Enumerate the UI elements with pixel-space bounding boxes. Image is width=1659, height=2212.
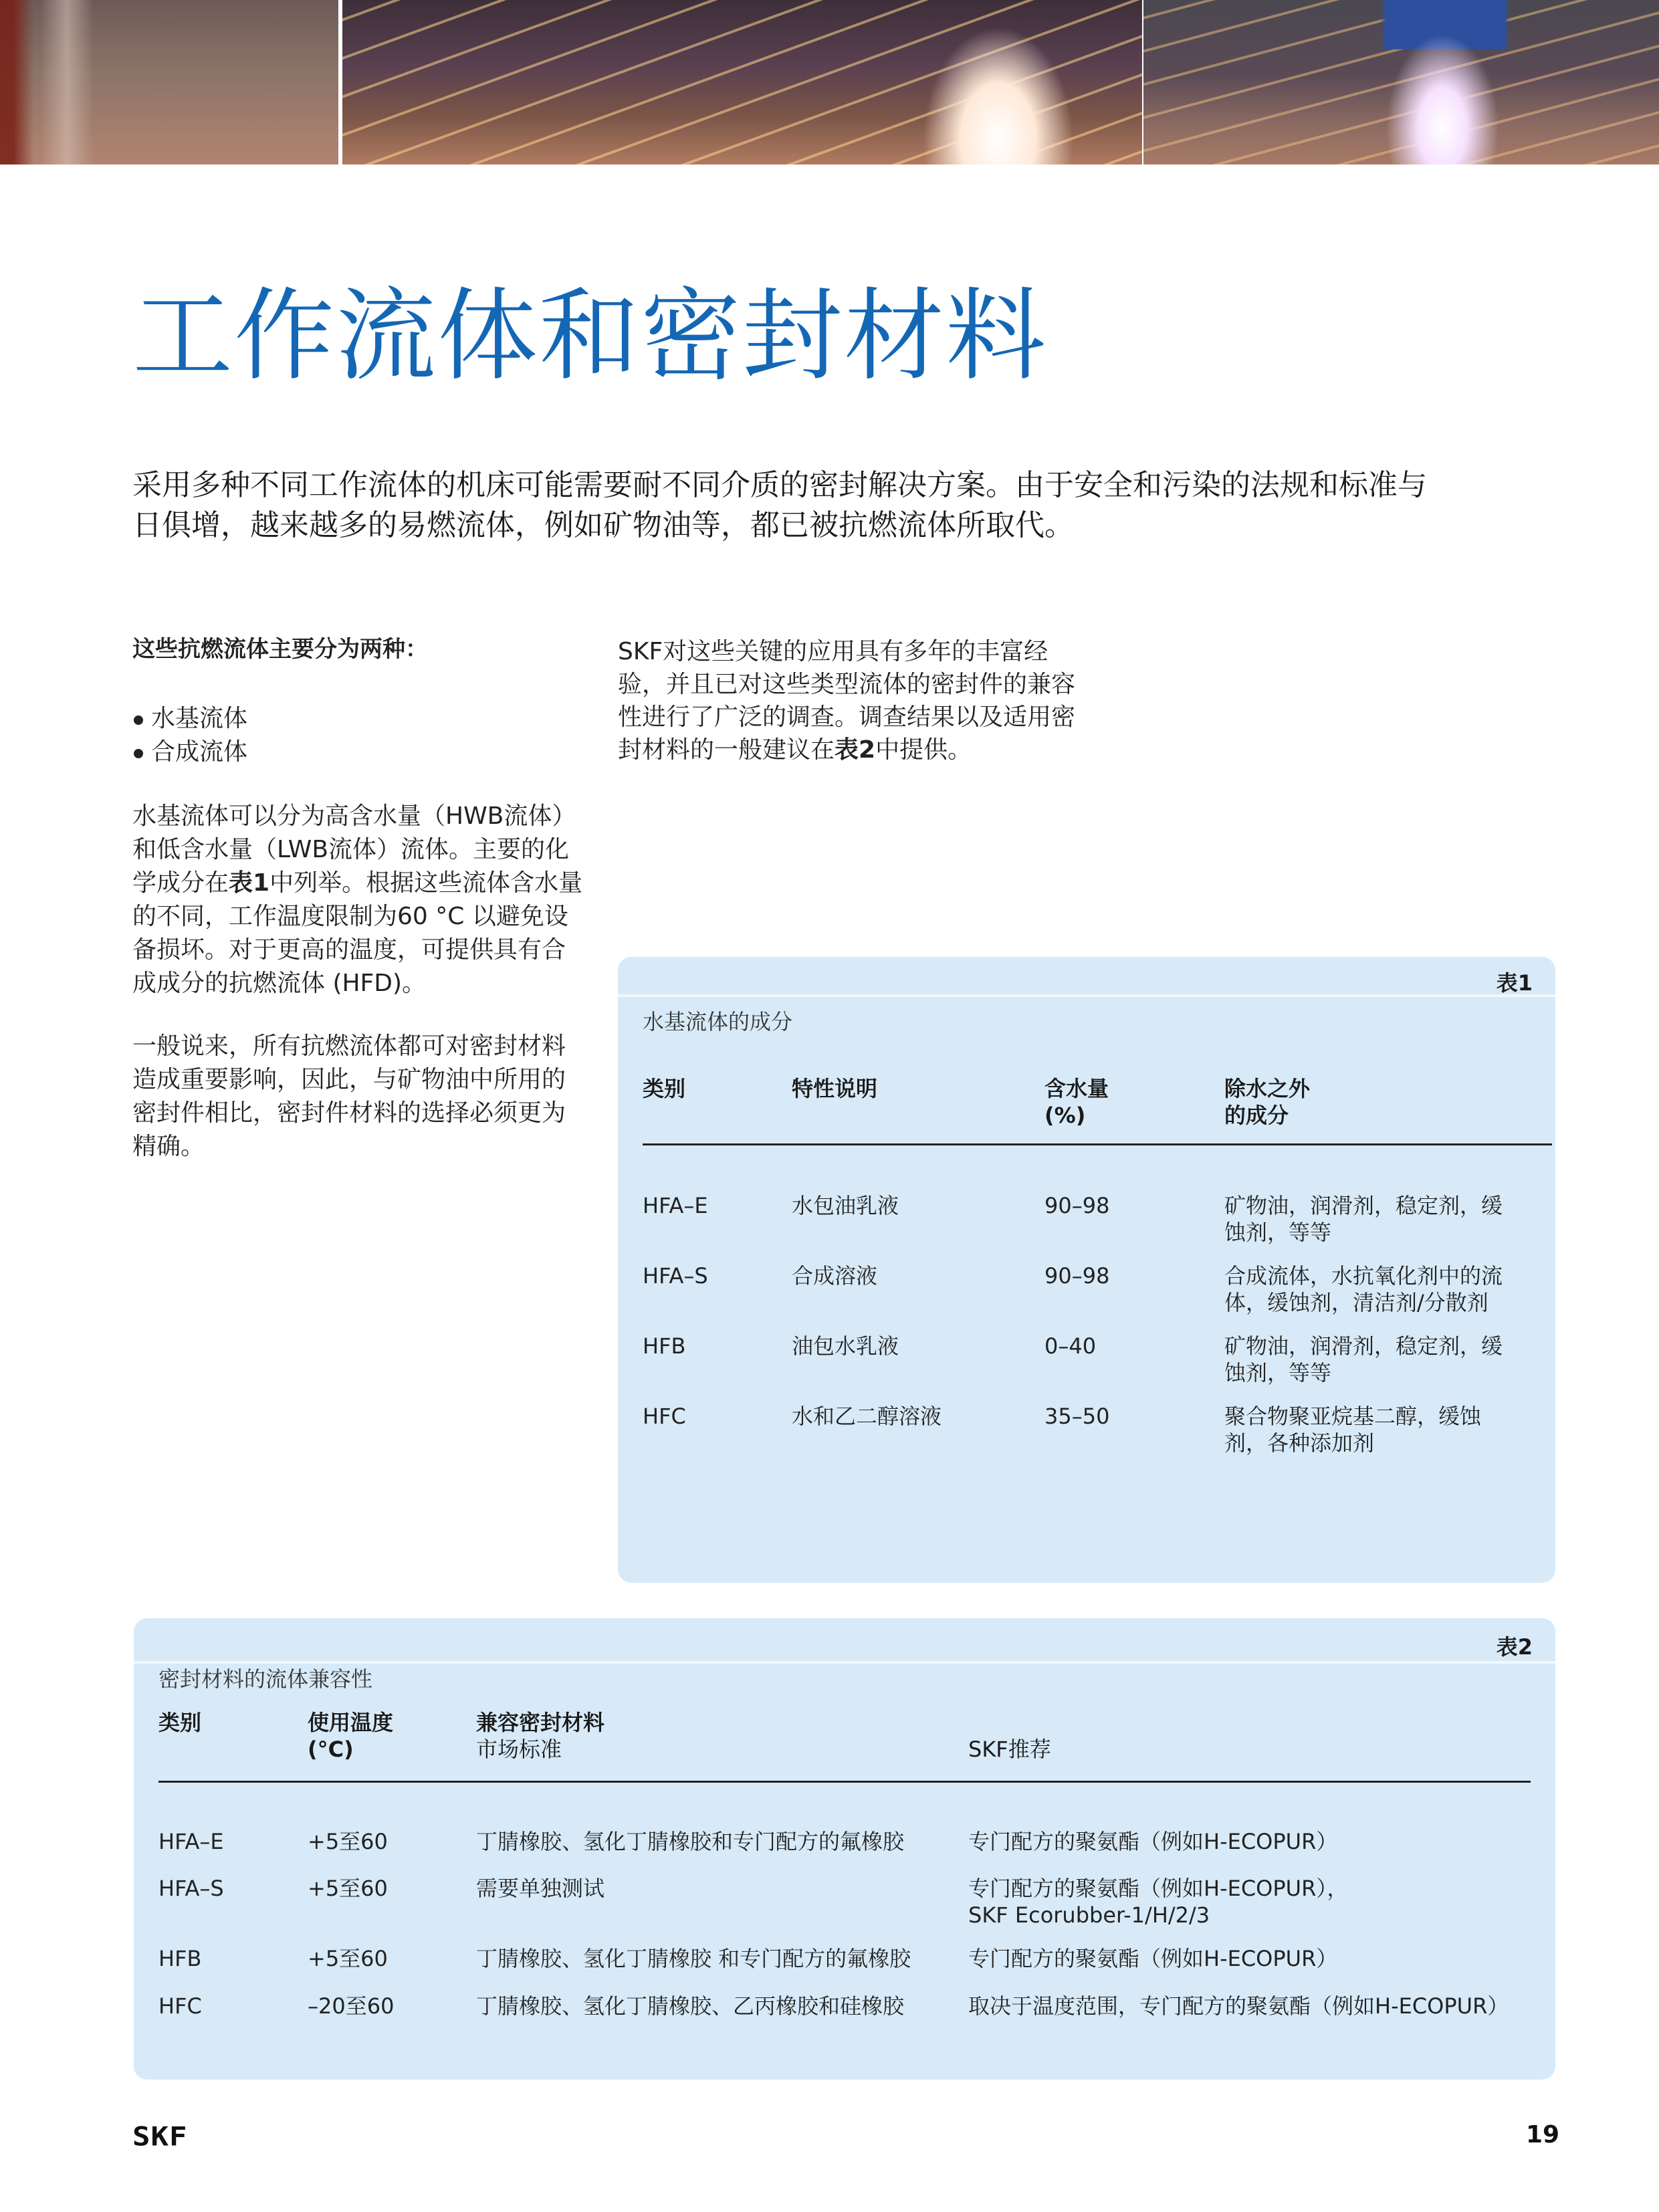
machine-detail-photo: [0, 0, 338, 164]
table2: 表2 密封材料的流体兼容性 类别 使用温度 (°C) 兼容密封材料 市场标准 S…: [134, 1618, 1555, 2080]
lead-paragraph: 采用多种不同工作流体的机床可能需要耐不同介质的密封解决方案。由于安全和污染的法规…: [132, 465, 1537, 546]
table1-col-description: 特性说明: [792, 1075, 877, 1102]
table2-number: 表2: [1497, 1630, 1533, 1661]
table2-subcol-market: 市场标准: [476, 1736, 604, 1763]
table1-header-bar: 表1: [618, 957, 1555, 997]
table1-caption: 水基流体的成分: [643, 1005, 792, 1036]
lead-line-1: 采用多种不同工作流体的机床可能需要耐不同介质的密封解决方案。由于安全和污染的法规…: [132, 465, 1537, 506]
sparks-grinding-photo: [342, 0, 1142, 164]
fluid-types-heading: 这些抗燃流体主要分为两种：: [132, 633, 594, 666]
table1-col-water: 含水量 (%): [1044, 1075, 1109, 1129]
list-item: 合成流体: [132, 736, 594, 769]
table2-header-rule: [158, 1781, 1531, 1783]
table2-col-temperature: 使用温度 (°C): [308, 1709, 393, 1763]
header-photo-band: [0, 0, 1659, 164]
page-title: 工作流体和密封材料: [132, 280, 1047, 393]
lead-line-2: 日俱增，越来越多的易燃流体，例如矿物油等，都已被抗燃流体所取代。: [132, 506, 1537, 546]
table2-col-compatible: 兼容密封材料 市场标准: [476, 1709, 604, 1763]
table1-header-rule: [643, 1143, 1552, 1145]
table1-number: 表1: [1497, 966, 1533, 997]
table1-col-other: 除水之外 的成分: [1224, 1075, 1310, 1129]
table1-col-category: 类别: [643, 1075, 685, 1102]
middle-column-paragraph: SKF对这些关键的应用具有多年的丰富经验，并且已对这些类型流体的密封件的兼容性进…: [618, 635, 1086, 766]
water-based-paragraph: 水基流体可以分为高含水量（HWB流体）和低含水量（LWB流体）流体。主要的化学成…: [132, 800, 587, 1000]
general-paragraph: 一般说来，所有抗燃流体都可对密封材料造成重要影响，因此，与矿物油中所用的密封件相…: [132, 1030, 587, 1164]
fluid-types-list: 水基流体 合成流体: [132, 702, 594, 769]
left-column: 这些抗燃流体主要分为两种： 水基流体 合成流体 水基流体可以分为高含水量（HWB…: [132, 633, 594, 1164]
table2-caption: 密封材料的流体兼容性: [158, 1662, 372, 1693]
laser-cutting-photo: [1143, 0, 1659, 164]
list-item: 水基流体: [132, 702, 594, 736]
table2-col-category: 类别: [158, 1709, 201, 1736]
table2-reference-link[interactable]: 表2: [835, 736, 875, 764]
table1-reference-link[interactable]: 表1: [229, 869, 269, 897]
table2-header-bar: 表2: [134, 1618, 1555, 1664]
table2-subcol-skf: SKF推荐: [968, 1736, 1051, 1763]
skf-logo: SKF: [132, 2122, 187, 2152]
table1: 表1 水基流体的成分 类别 特性说明 含水量 (%) 除水之外 的成分 HFA–…: [618, 957, 1555, 1583]
page-number: 19: [1526, 2121, 1559, 2148]
